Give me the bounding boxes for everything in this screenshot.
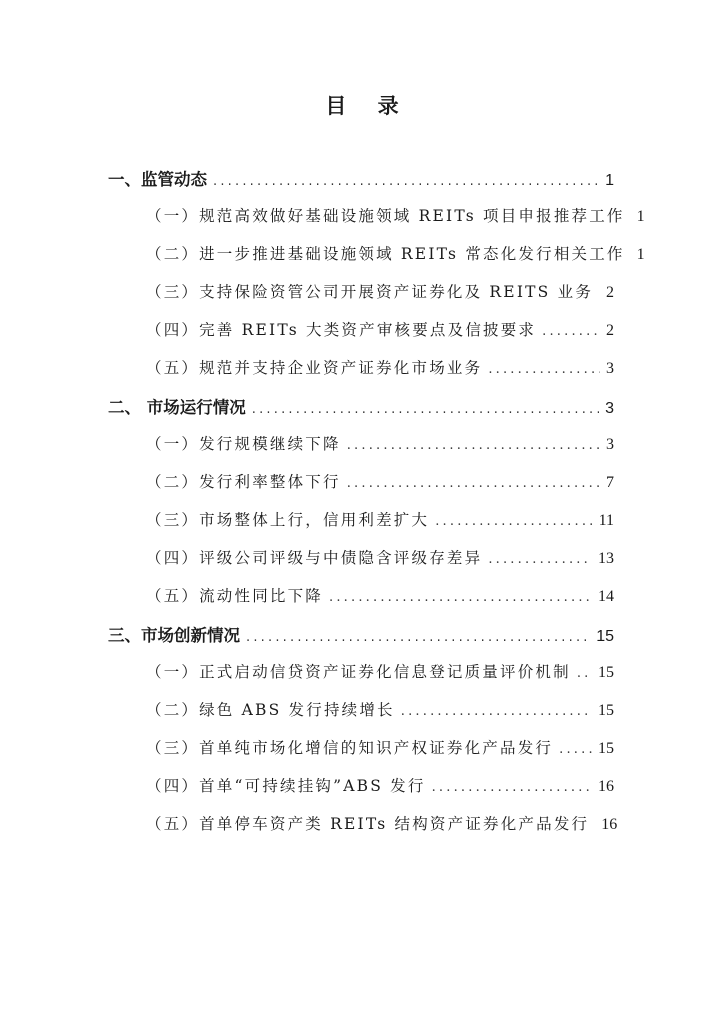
toc-subsection-2-5[interactable]: （五）流动性同比下降 14 <box>146 584 614 608</box>
dot-leader <box>246 630 590 645</box>
dot-leader <box>252 402 599 417</box>
toc-page-number: 15 <box>598 702 614 720</box>
toc-page-number: 2 <box>606 284 614 302</box>
toc-page-number: 15 <box>596 628 614 646</box>
dot-leader <box>559 742 592 757</box>
toc-page-number: 16 <box>601 816 617 834</box>
toc-entry-label: （二）进一步推进基础设施领域 REITs 常态化发行相关工作 <box>146 242 625 264</box>
toc-entry-label: 三、市场创新情况 <box>108 622 240 646</box>
toc-subsection-3-2[interactable]: （二）绿色 ABS 发行持续增长 15 <box>146 698 614 722</box>
toc-page-number: 1 <box>637 208 645 226</box>
toc-page-number: 2 <box>606 322 614 340</box>
toc-entry-label: （一）规范高效做好基础设施领域 REITs 项目申报推荐工作 <box>146 204 625 226</box>
toc-subsection-1-4[interactable]: （四）完善 REITs 大类资产审核要点及信披要求 2 <box>146 318 614 342</box>
toc-page-number: 16 <box>598 778 614 796</box>
toc-page-number: 15 <box>598 740 614 758</box>
toc-subsection-3-3[interactable]: （三）首单纯市场化增信的知识产权证券化产品发行 15 <box>146 736 614 760</box>
dot-leader <box>213 174 599 189</box>
toc-entry-label: （三）支持保险资管公司开展资产证券化及 REITS 业务 <box>146 280 593 302</box>
toc-subsection-1-2[interactable]: （二）进一步推进基础设施领域 REITs 常态化发行相关工作 1 <box>146 242 614 266</box>
toc-page-number: 13 <box>598 550 614 568</box>
toc-entry-label: （二）发行利率整体下行 <box>146 470 341 492</box>
dot-leader <box>488 362 600 377</box>
toc-subsection-3-1[interactable]: （一）正式启动信贷资产证券化信息登记质量评价机制 15 <box>146 660 614 684</box>
toc-subsection-1-5[interactable]: （五）规范并支持企业资产证券化市场业务 3 <box>146 356 614 380</box>
toc-entry-label: 二、 市场运行情况 <box>108 394 246 418</box>
dot-leader <box>542 324 600 339</box>
dot-leader <box>599 286 600 301</box>
toc-entry-label: （五）首单停车资产类 REITs 结构资产证券化产品发行 <box>146 812 589 834</box>
toc-page-number: 7 <box>606 474 614 492</box>
toc-entry-label: （三）首单纯市场化增信的知识产权证券化产品发行 <box>146 736 553 758</box>
toc-page-number: 15 <box>598 664 614 682</box>
toc-entry-label: 一、监管动态 <box>108 166 207 190</box>
toc-page-number: 1 <box>637 246 645 264</box>
toc-subsection-1-1[interactable]: （一）规范高效做好基础设施领域 REITs 项目申报推荐工作 1 <box>146 204 614 228</box>
dot-leader <box>577 666 592 681</box>
toc-subsection-2-3[interactable]: （三）市场整体上行，信用利差扩大 11 <box>146 508 614 532</box>
dot-leader <box>347 438 600 453</box>
dot-leader <box>432 780 592 795</box>
toc-page-number: 11 <box>599 512 614 530</box>
toc-section-1[interactable]: 一、监管动态 1 <box>108 166 614 190</box>
toc-title: 目 录 <box>0 90 724 120</box>
toc-entry-label: （五）流动性同比下降 <box>146 584 323 606</box>
toc-page-number: 3 <box>606 436 614 454</box>
toc-section-2[interactable]: 二、 市场运行情况 3 <box>108 394 614 418</box>
toc-subsection-3-4[interactable]: （四）首单“可持续挂钩”ABS 发行 16 <box>146 774 614 798</box>
toc-subsection-2-4[interactable]: （四）评级公司评级与中债隐含评级存差异 13 <box>146 546 614 570</box>
toc-section-3[interactable]: 三、市场创新情况 15 <box>108 622 614 646</box>
dot-leader <box>435 514 592 529</box>
toc-entry-label: （四）首单“可持续挂钩”ABS 发行 <box>146 774 426 796</box>
toc-subsection-2-2[interactable]: （二）发行利率整体下行 7 <box>146 470 614 494</box>
toc-subsection-3-5[interactable]: （五）首单停车资产类 REITs 结构资产证券化产品发行 16 <box>146 812 614 836</box>
toc-page-number: 14 <box>598 588 614 606</box>
toc-entry-label: （一）正式启动信贷资产证券化信息登记质量评价机制 <box>146 660 571 682</box>
dot-leader <box>488 552 592 567</box>
toc-subsection-2-1[interactable]: （一）发行规模继续下降 3 <box>146 432 614 456</box>
toc-page-number: 3 <box>605 400 614 418</box>
toc-entry-label: （四）完善 REITs 大类资产审核要点及信披要求 <box>146 318 536 340</box>
toc-entry-label: （四）评级公司评级与中债隐含评级存差异 <box>146 546 482 568</box>
dot-leader <box>347 476 600 491</box>
toc-subsection-1-3[interactable]: （三）支持保险资管公司开展资产证券化及 REITS 业务 2 <box>146 280 614 304</box>
toc-page-number: 3 <box>606 360 614 378</box>
toc-page-number: 1 <box>605 172 614 190</box>
dot-leader <box>329 590 592 605</box>
dot-leader <box>401 704 592 719</box>
toc-entry-label: （二）绿色 ABS 发行持续增长 <box>146 698 395 720</box>
toc-entry-label: （五）规范并支持企业资产证券化市场业务 <box>146 356 482 378</box>
toc-entry-label: （三）市场整体上行，信用利差扩大 <box>146 508 429 530</box>
toc-entry-label: （一）发行规模继续下降 <box>146 432 341 454</box>
